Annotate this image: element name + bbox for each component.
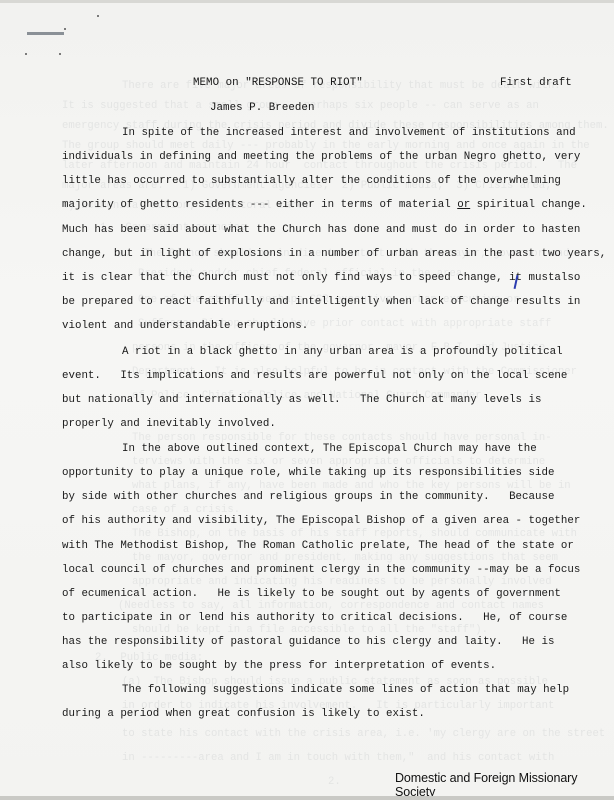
draft-label: First draft <box>500 77 572 89</box>
text-line: of his authority and visibility, The Epi… <box>62 515 580 527</box>
document-page: There are five major areas of responsibi… <box>0 0 614 800</box>
text-line: violent and understandable erruptions. <box>62 320 308 332</box>
text-line: A riot in a black ghetto in any urban ar… <box>122 346 563 358</box>
text-line: In spite of the increased interest and i… <box>122 127 576 139</box>
text-line: with The Methodist Bishop, The Roman Cat… <box>62 540 574 552</box>
text-line: The following suggestions indicate some … <box>122 684 569 696</box>
text-line: during a period when great confusion is … <box>62 708 425 720</box>
text-line: opportunity to play a unique role, while… <box>62 467 554 479</box>
text-line: individuals in defining and meeting the … <box>62 151 580 163</box>
text-line: to participate in or lend his authority … <box>62 612 567 624</box>
text-line: event. Its implications and results are … <box>62 370 567 382</box>
memo-author: James P. Breeden <box>210 102 314 114</box>
text-line: has the responsibility of pastoral guida… <box>62 636 554 648</box>
text-line: of ecumenical action. He is likely to be… <box>62 588 561 600</box>
underlined-word: or <box>457 199 470 211</box>
text-line: change, but in light of explosions in a … <box>62 248 606 260</box>
text-line: be prepared to react faithfully and inte… <box>62 296 580 308</box>
text-line: it is clear that the Church must not onl… <box>62 272 580 284</box>
text-line: majority of ghetto residents --- either … <box>62 199 587 211</box>
text-line: In the above outlined context, The Episc… <box>122 443 537 455</box>
text-line: by side with other churches and religiou… <box>62 491 554 503</box>
text-line: also likely to be sought by the press fo… <box>62 660 496 672</box>
memo-title: MEMO on "RESPONSE TO RIOT" <box>193 77 363 89</box>
text-line: but nationally and internationally as we… <box>62 394 541 406</box>
text-line: little has occurred to substantially alt… <box>62 175 561 187</box>
page-bottom-edge <box>0 796 614 800</box>
text-line: Much has been said about what the Church… <box>62 224 580 236</box>
archive-watermark: Domestic and Foreign Missionary Society <box>395 771 614 799</box>
text-line: local council of churches and prominent … <box>62 564 580 576</box>
text-line: properly and inevitably involved. <box>62 418 276 430</box>
